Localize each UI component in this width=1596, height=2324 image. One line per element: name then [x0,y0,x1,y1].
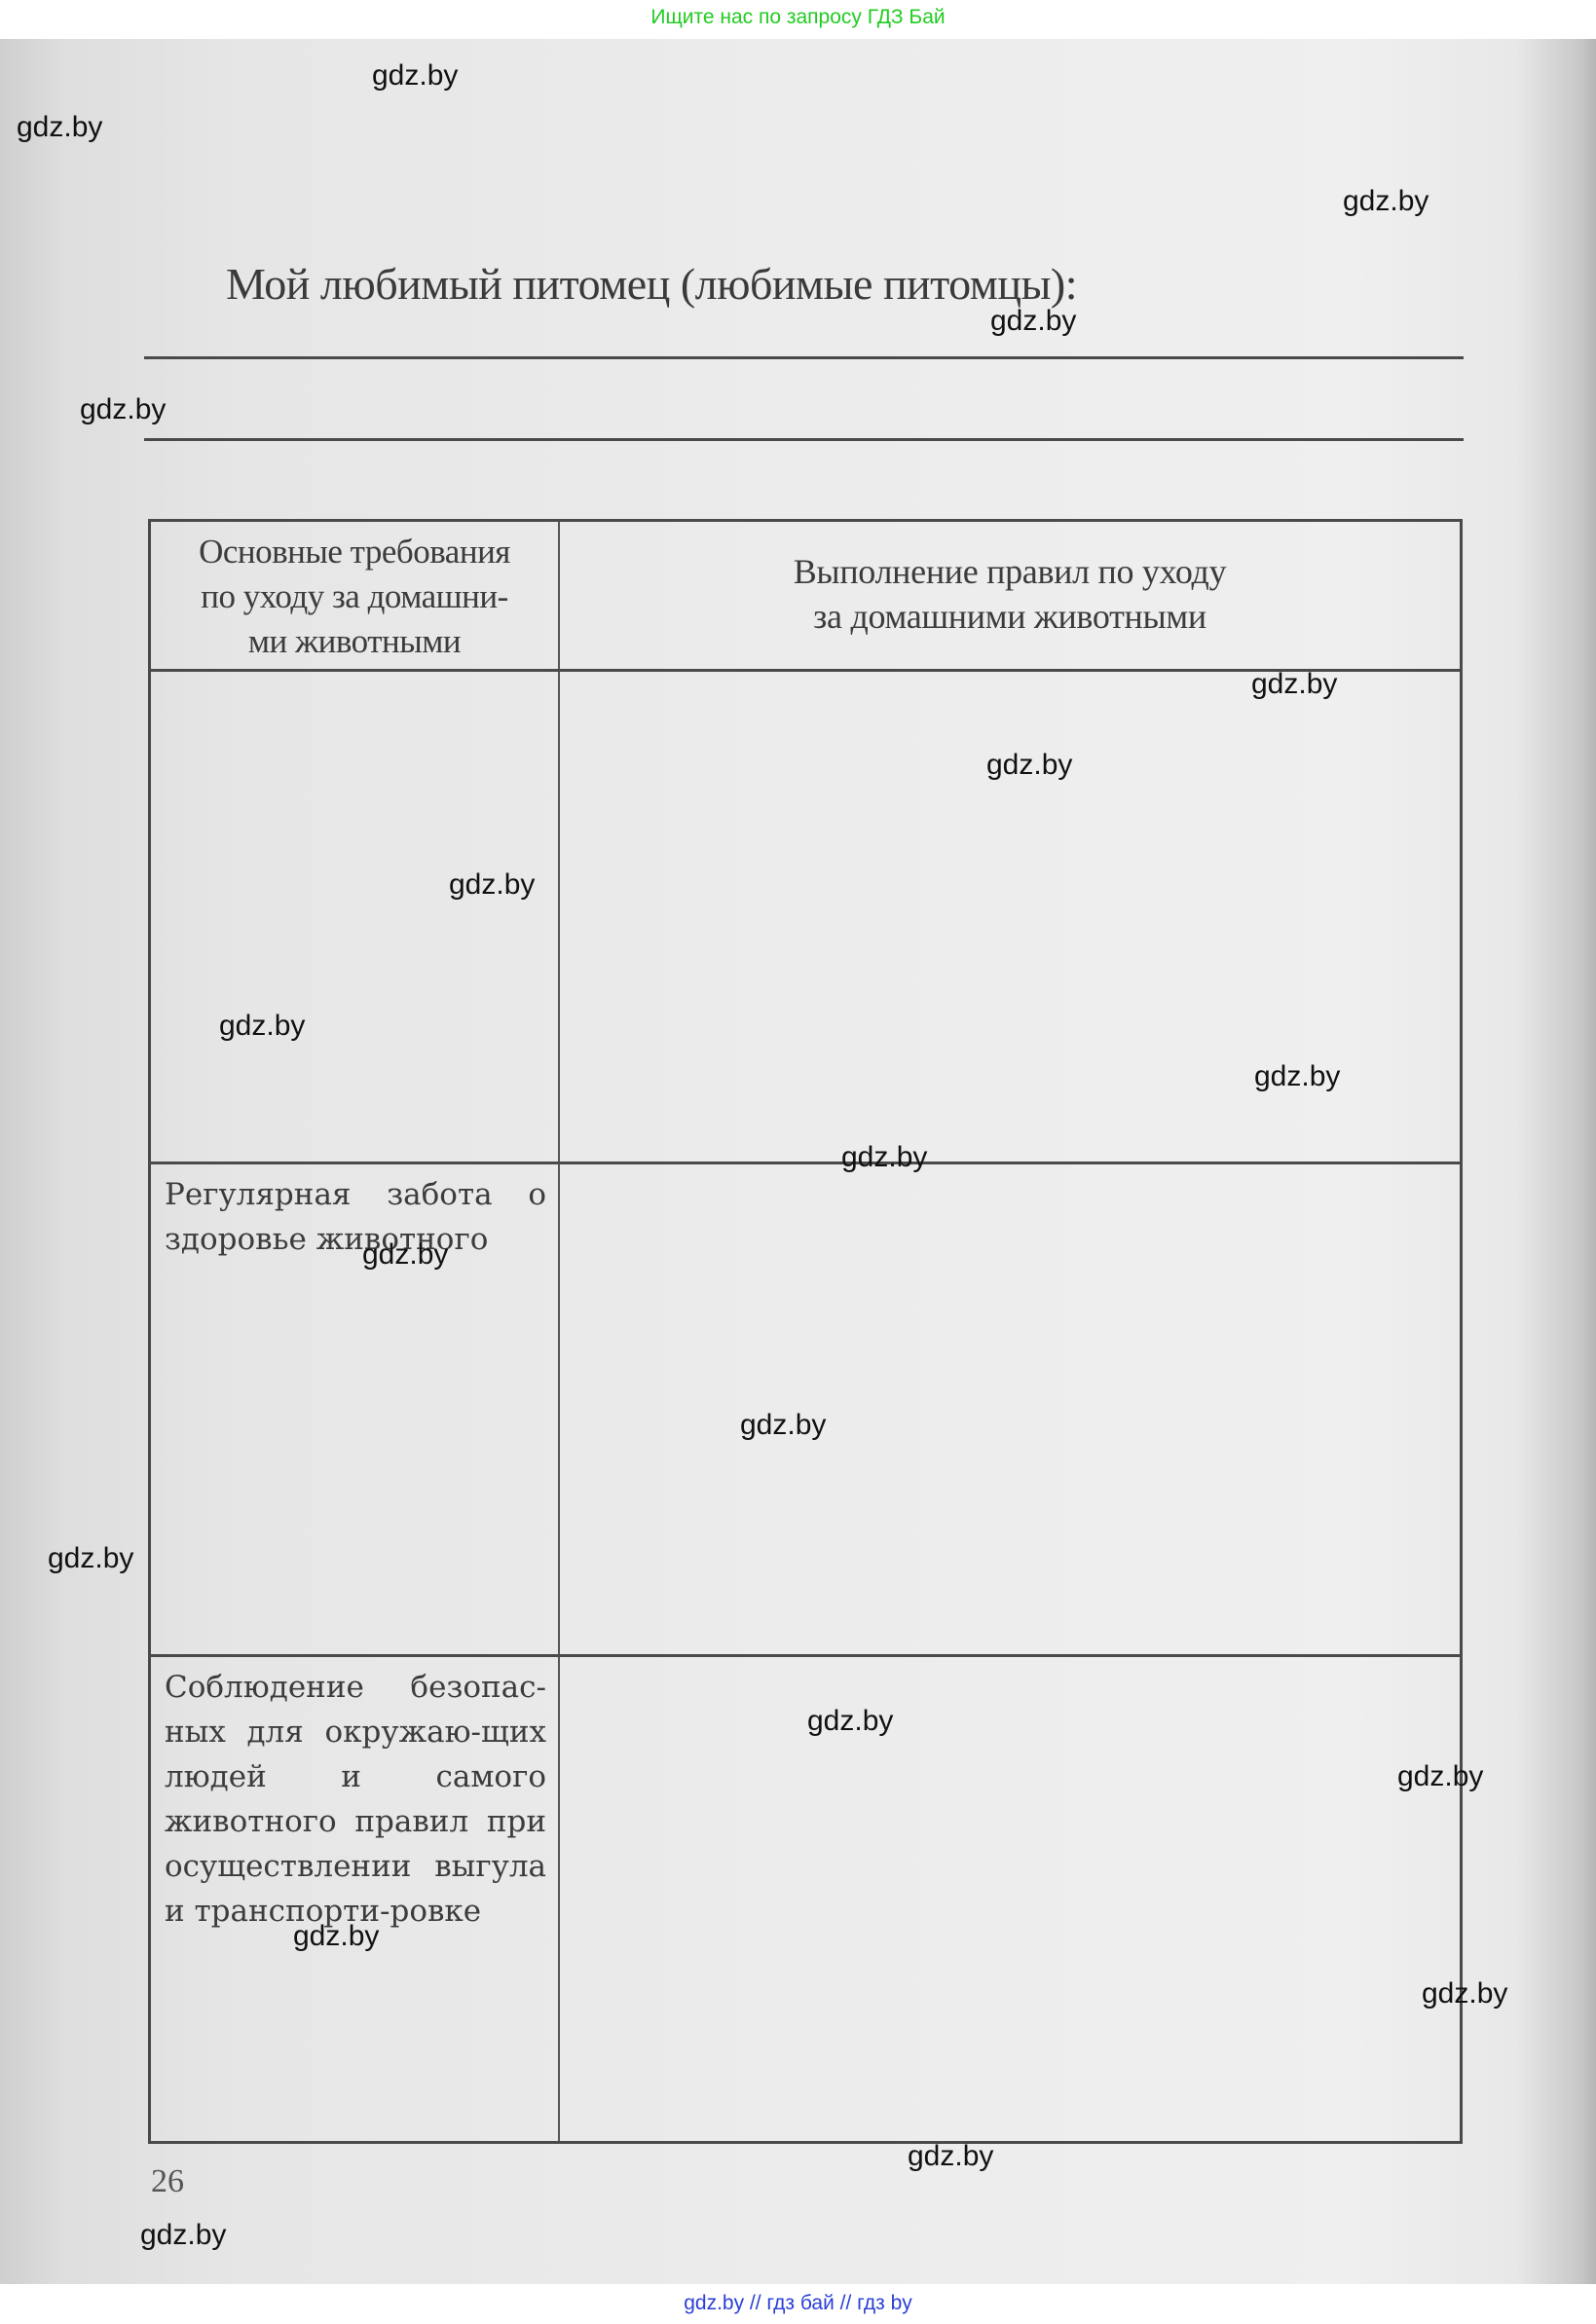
table-row-2-requirement: Регулярная забота о здоровье животного [151,1164,558,1654]
watermark: gdz.by [140,2219,226,2252]
header-implementation: Выполнение правил по уходу за домашними … [560,522,1460,670]
watermark: gdz.by [807,1705,893,1738]
watermark: gdz.by [17,111,102,144]
answer-line-1[interactable] [144,356,1464,359]
table-row-2-implementation[interactable] [560,1164,1460,1654]
watermark: gdz.by [293,1920,379,1953]
watermark: gdz.by [990,305,1076,338]
watermark: gdz.by [740,1409,826,1442]
watermark: gdz.by [372,59,458,92]
header-right-line-1: Выполнение правил по уходу [560,549,1460,594]
care-table: Основные требования по уходу за домашни-… [148,519,1463,2144]
watermark: gdz.by [841,1141,927,1174]
top-banner[interactable]: Ищите нас по запросу ГДЗ Бай [0,0,1596,39]
watermark: gdz.by [80,393,166,426]
watermark: gdz.by [48,1542,133,1575]
watermark: gdz.by [1422,1977,1507,2010]
watermark: gdz.by [219,1010,305,1043]
watermark: gdz.by [1343,185,1429,218]
bottom-banner[interactable]: gdz.by // гдз бай // гдз by [0,2284,1596,2324]
watermark: gdz.by [1251,668,1337,701]
header-requirements: Основные требования по уходу за домашни-… [151,522,558,670]
table-row-3-implementation[interactable] [560,1657,1460,2141]
page-number: 26 [151,2163,184,2200]
header-left-line-3: ми животными [151,619,558,664]
table-row-3-requirement: Соблюдение безопас-ных для окружаю-щих л… [151,1657,558,2141]
watermark: gdz.by [449,868,535,902]
watermark: gdz.by [986,749,1072,782]
page-heading: Мой любимый питомец (любимые питомцы): [226,258,1077,310]
header-left-line-1: Основные требования [151,530,558,574]
header-left-line-2: по уходу за домашни- [151,574,558,619]
watermark: gdz.by [1254,1060,1340,1093]
watermark: gdz.by [1397,1760,1483,1793]
table-row-1-requirement[interactable] [151,672,558,1162]
watermark: gdz.by [362,1238,448,1272]
watermark: gdz.by [908,2140,993,2173]
workbook-page: Мой любимый питомец (любимые питомцы): О… [0,39,1596,2284]
header-right-line-2: за домашними животными [560,594,1460,639]
answer-line-2[interactable] [144,438,1464,441]
